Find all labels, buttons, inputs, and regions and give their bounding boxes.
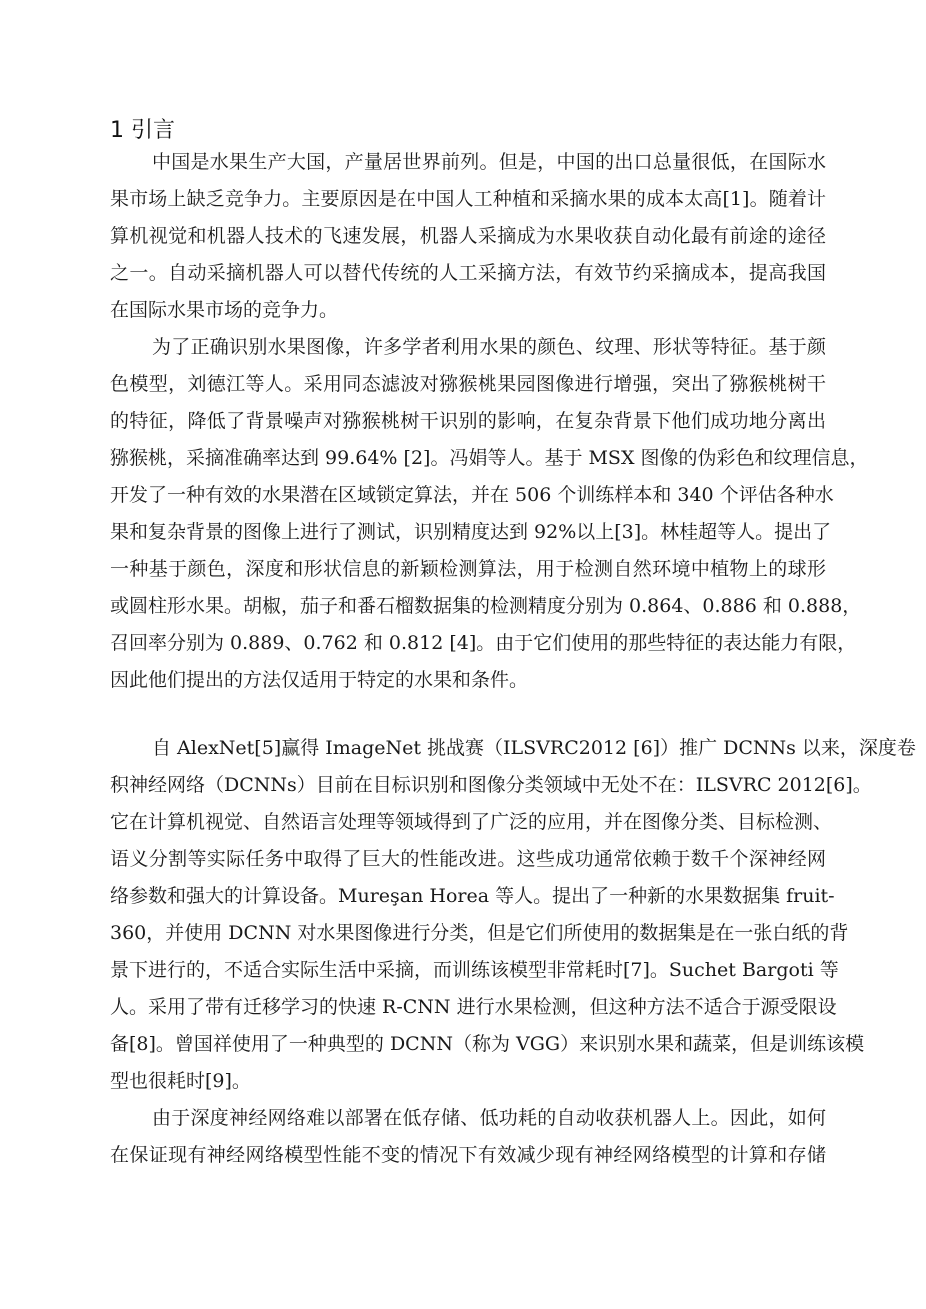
paragraph-line: 的特征，降低了背景噪声对猕猴桃树干识别的影响，在复杂背景下他们成功地分离出 (110, 409, 826, 433)
paragraph-line: 语义分割等实际任务中取得了巨大的性能改进。这些成功通常依赖于数千个深神经网 (110, 847, 826, 871)
paragraph-line: 一种基于颜色，深度和形状信息的新颖检测算法，用于检测自然环境中植物上的球形 (110, 557, 826, 581)
paragraph-line: 开发了一种有效的水果潜在区域锁定算法，并在 506 个训练样本和 340 个评估… (110, 483, 826, 507)
paragraph-line: 在保证现有神经网络模型性能不变的情况下有效减少现有神经网络模型的计算和存储 (110, 1143, 826, 1167)
paragraph-line: 召回率分别为 0.889、0.762 和 0.812 [4]。由于它们使用的那些… (110, 631, 826, 655)
paragraph-line: 型也很耗时[9]。 (110, 1069, 826, 1093)
paragraph-line: 之一。自动采摘机器人可以替代传统的人工采摘方法，有效节约采摘成本，提高我国 (110, 261, 826, 285)
paragraph-line: 自 AlexNet[5]赢得 ImageNet 挑战赛（ILSVRC2012 [… (152, 736, 826, 760)
paragraph-line: 由于深度神经网络难以部署在低存储、低功耗的自动收获机器人上。因此，如何 (152, 1106, 826, 1130)
section-heading: 1 引言 (110, 116, 175, 146)
paragraph-line: 360，并使用 DCNN 对水果图像进行分类，但是它们所使用的数据集是在一张白纸… (110, 921, 826, 945)
paragraph-line: 络参数和强大的计算设备。Mureşan Horea 等人。提出了一种新的水果数据… (110, 884, 826, 908)
paragraph-line: 果市场上缺乏竞争力。主要原因是在中国人工种植和采摘水果的成本太高[1]。随着计 (110, 187, 826, 211)
paragraph-line: 人。采用了带有迁移学习的快速 R-CNN 进行水果检测，但这种方法不适合于源受限… (110, 995, 826, 1019)
paragraph-line: 备[8]。曾国祥使用了一种典型的 DCNN（称为 VGG）来识别水果和蔬菜，但是… (110, 1032, 826, 1056)
paragraph-line: 因此他们提出的方法仅适用于特定的水果和条件。 (110, 668, 826, 692)
paragraph-line: 在国际水果市场的竞争力。 (110, 298, 826, 322)
paragraph-line: 或圆柱形水果。胡椒，茄子和番石榴数据集的检测精度分别为 0.864、0.886 … (110, 594, 826, 618)
paragraph-line: 猕猴桃，采摘准确率达到 99.64% [2]。冯娟等人。基于 MSX 图像的伪彩… (110, 446, 826, 470)
paragraph-line: 为了正确识别水果图像，许多学者利用水果的颜色、纹理、形状等特征。基于颜 (152, 335, 826, 359)
paragraph-line: 色模型，刘德江等人。采用同态滤波对猕猴桃果园图像进行增强，突出了猕猴桃树干 (110, 372, 826, 396)
paragraph-line: 果和复杂背景的图像上进行了测试，识别精度达到 92%以上[3]。林桂超等人。提出… (110, 520, 826, 544)
paragraph-line: 积神经网络（DCNNs）目前在目标识别和图像分类领域中无处不在：ILSVRC 2… (110, 773, 826, 797)
paragraph-line: 中国是水果生产大国，产量居世界前列。但是，中国的出口总量很低，在国际水 (152, 150, 826, 174)
paragraph-line: 它在计算机视觉、自然语言处理等领域得到了广泛的应用，并在图像分类、目标检测、 (110, 810, 826, 834)
paragraph-line: 景下进行的，不适合实际生活中采摘，而训练该模型非常耗时[7]。Suchet Ba… (110, 958, 826, 982)
paragraph-line: 算机视觉和机器人技术的飞速发展，机器人采摘成为水果收获自动化最有前途的途径 (110, 224, 826, 248)
